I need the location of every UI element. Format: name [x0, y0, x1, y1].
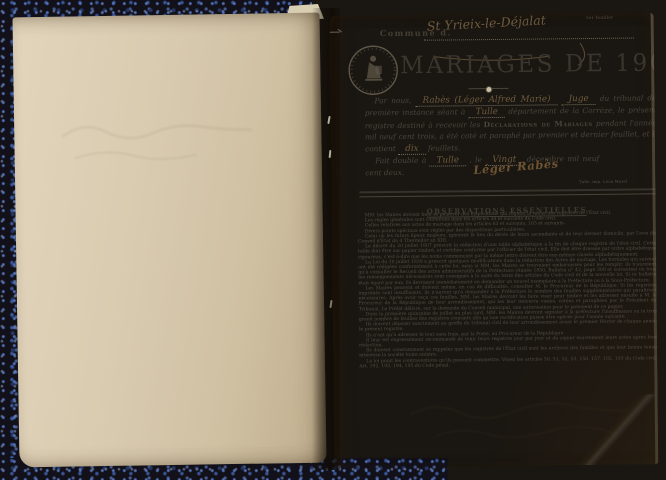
scanned-register-photo: 1er feuillet Commune d. St Yrieix-le-Déj… [0, 0, 666, 480]
declaration-text-line: Par nous, Rabès (Léger Alfred Marie) Jug… [364, 92, 657, 155]
ink-showthrough-marks [54, 104, 265, 177]
judge-title-handwritten: Juge [562, 94, 596, 105]
title-ornament [468, 86, 508, 91]
observations-paragraph: Les Maires peuvent et doivent même, en c… [358, 283, 656, 312]
declaration-intro: Par nous, [374, 96, 411, 105]
observations-paragraph: La Loi du 10 juillet 1850 a prescrit que… [358, 257, 656, 286]
tribunal-city-handwritten: Tulle [469, 107, 505, 118]
judge-name-handwritten: Rabès (Léger Alfred Marie) [415, 94, 557, 106]
republique-francaise-seal-icon [347, 44, 400, 97]
sheet-count-handwritten: dix [398, 143, 426, 154]
register-title-page: 1er feuillet Commune d. St Yrieix-le-Déj… [330, 12, 659, 467]
declarations-de-mariages-caps: Déclarations de Mariages [484, 119, 593, 129]
pencil-arrow-mark [330, 32, 340, 33]
register-title: MARIAGES DE 1903 [400, 50, 650, 80]
fait-city-handwritten: Tulle [430, 155, 466, 166]
observations-text-block: MM. les Maires doivent bien se pénétrer … [358, 210, 658, 369]
declaration-body-3: feuillets. [428, 143, 461, 152]
fait-double-a: Fait double à [375, 156, 426, 166]
blank-flyleaf-page [12, 13, 326, 468]
printer-imprint: Tulle, imp. Léon Mazel [509, 179, 627, 185]
page-fold-crease [566, 394, 659, 467]
observations-paragraph: La loi punit les contraventions qu'ils p… [359, 356, 657, 370]
declaration-departement: département de la Corrèze, [508, 106, 614, 116]
